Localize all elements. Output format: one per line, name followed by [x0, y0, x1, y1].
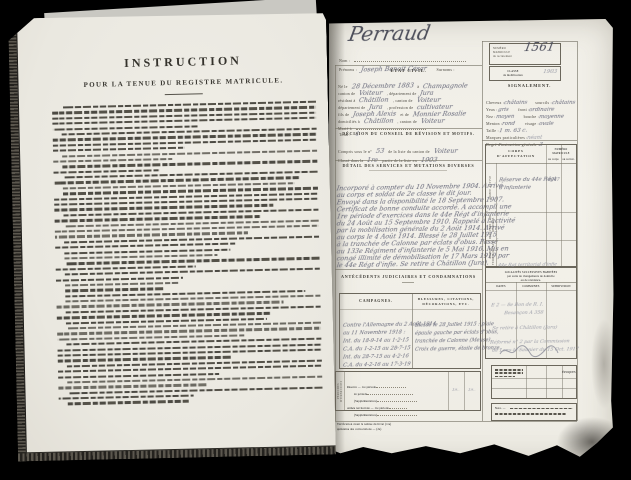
- scan-vignette: [329, 19, 614, 463]
- instruction-text-line: [59, 395, 194, 400]
- instruction-title: INSTRUCTION: [51, 52, 315, 73]
- instruction-paragraph: [53, 128, 317, 152]
- scanned-book-spread: Perraud Nom : Prénoms : Joseph Benoit Cé…: [0, 0, 631, 480]
- instruction-text-line: [56, 276, 183, 281]
- instruction-text-line: [56, 265, 196, 270]
- instruction-paper: INSTRUCTION POUR LA TENUE DU REGISTRE MA…: [16, 11, 336, 453]
- instruction-paragraph: [57, 338, 321, 362]
- instruction-page: INSTRUCTION POUR LA TENUE DU REGISTRE MA…: [8, 11, 336, 461]
- instruction-body-text: [52, 101, 323, 406]
- instruction-text-line: [68, 400, 189, 405]
- instruction-subtitle: POUR LA TENUE DU REGISTRE MATRICULE.: [51, 76, 315, 90]
- instruction-text-line: [53, 125, 198, 131]
- instruction-text-line: [53, 158, 172, 163]
- instruction-text-line: [58, 384, 206, 390]
- title-rule: [165, 93, 203, 95]
- instruction-text-line: [65, 282, 179, 287]
- instruction-paragraph: [54, 187, 318, 211]
- instruction-text-line: [53, 147, 185, 152]
- instruction-paragraph: [52, 101, 316, 131]
- instruction-text-line: [65, 287, 165, 292]
- register-form-page: Perraud Nom : Prénoms : Joseph Benoit Cé…: [329, 19, 614, 463]
- instruction-text-line: [53, 169, 159, 174]
